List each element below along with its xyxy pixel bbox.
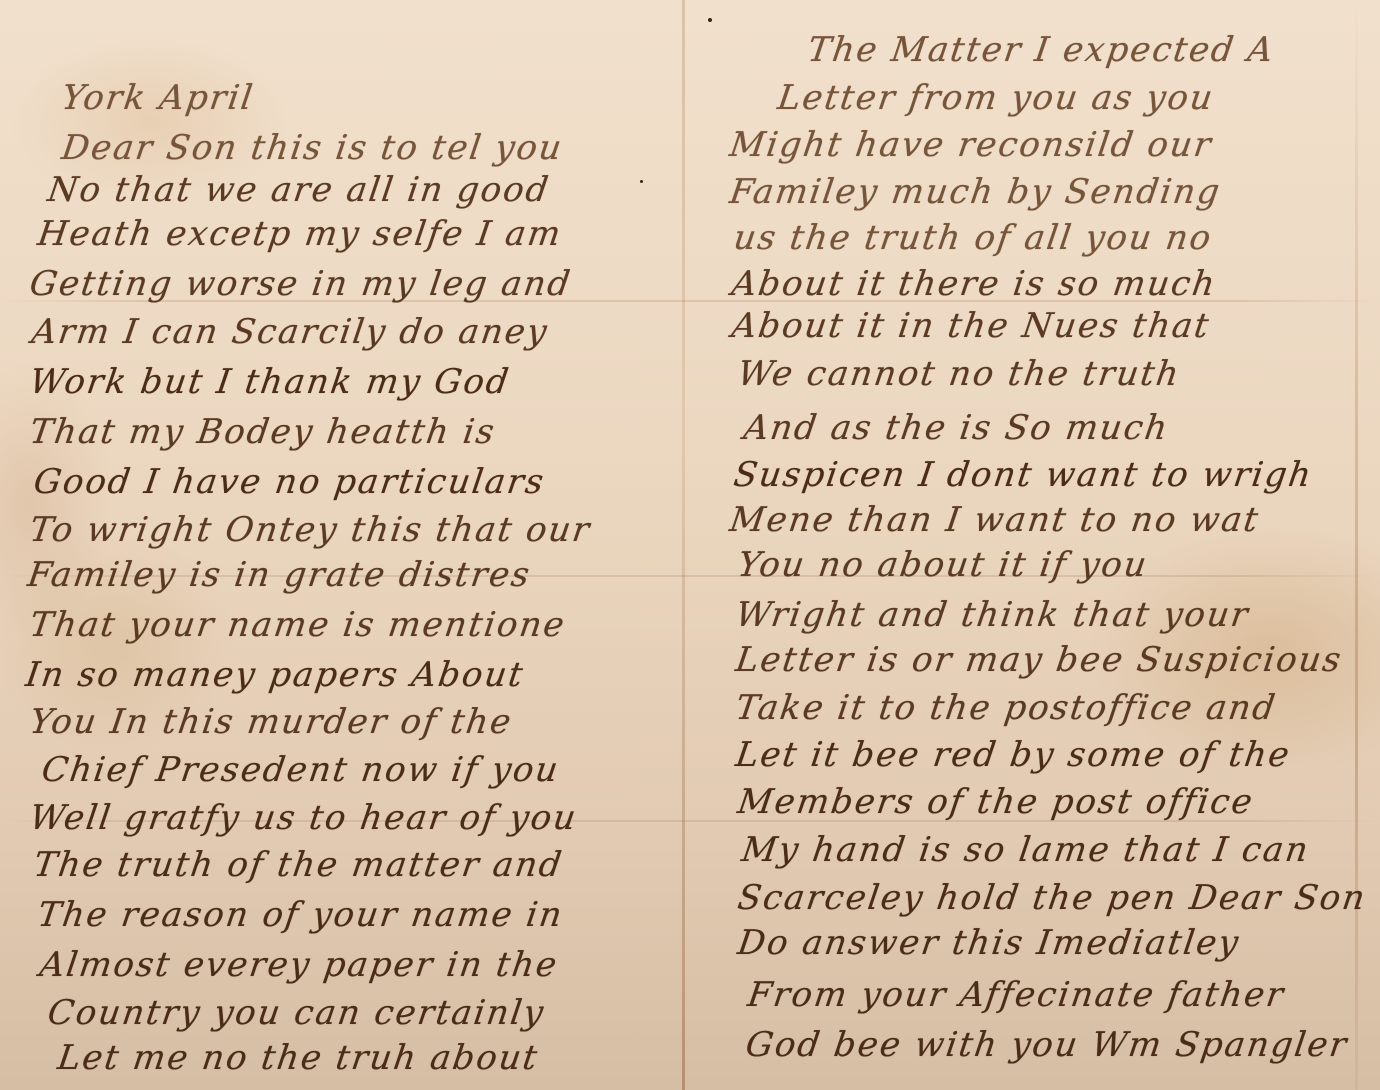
- letter-line: Wright and think that your: [733, 595, 1252, 635]
- letter-line: Members of the post office: [735, 782, 1256, 822]
- letter-line: To wright Ontey this that our: [27, 510, 593, 550]
- letter-line: Chief Presedent now if you: [39, 750, 562, 790]
- letter-line: Letter from you as you: [775, 78, 1217, 118]
- letter-line: That my Bodey heatth is: [27, 412, 498, 452]
- letter-line: Arm I can Scarcily do aney: [29, 312, 551, 352]
- letter-line: From your Affecinate father: [745, 975, 1287, 1015]
- letter-line: Dear Son this is to tel you: [59, 128, 566, 168]
- letter-line: Take it to the postoffice and: [733, 688, 1279, 728]
- letter-line: Do answer this Imediatley: [735, 923, 1242, 963]
- letter-line: And as the is So much: [741, 408, 1171, 448]
- letter-line: Scarceley hold the pen Dear Son: [735, 878, 1369, 918]
- letter-line: Getting worse in my leg and: [27, 264, 574, 304]
- letter-line: You In this murder of the: [27, 702, 515, 742]
- letter-line: Mene than I want to no wat: [727, 500, 1262, 540]
- letter-line: Heath excetp my selfe I am: [35, 214, 565, 254]
- letter-line: Almost everey paper in the: [37, 945, 561, 985]
- letter-line: us the truth of all you no: [731, 218, 1215, 258]
- left-page: York April Dear Son this is to tel you N…: [0, 0, 680, 1090]
- letter-line: The truth of the matter and: [31, 845, 566, 885]
- letter-line: Familey is in grate distres: [25, 555, 533, 595]
- letter-line: You no about it if you: [735, 545, 1151, 585]
- letter-line: Letter is or may bee Suspicious: [733, 640, 1345, 680]
- letter-line: Let it bee red by some of the: [733, 735, 1293, 775]
- letter-line: Good I have no particulars: [31, 462, 548, 502]
- letter-line: The Matter I expected A: [805, 30, 1277, 70]
- letter-line: Work but I thank my God: [27, 362, 513, 402]
- letter-line: In so maney papers About: [23, 655, 527, 695]
- letter-line: Familey much by Sending: [727, 172, 1224, 212]
- letter-line: York April: [59, 78, 257, 118]
- letter-signature: God bee with you Wm Spangler: [743, 1025, 1351, 1065]
- letter-line: About it in the Nues that: [729, 306, 1213, 346]
- letter-line: Suspicen I dont want to wrigh: [731, 455, 1315, 495]
- letter-line: Well gratfy us to hear of you: [27, 798, 580, 838]
- right-page: The Matter I expected A Letter from you …: [690, 0, 1380, 1090]
- letter-line: About it there is so much: [729, 264, 1219, 304]
- letter-line: We cannot no the truth: [735, 354, 1183, 394]
- center-fold: [682, 0, 685, 1090]
- letter-photo: York April Dear Son this is to tel you N…: [0, 0, 1380, 1090]
- letter-line: My hand is so lame that I can: [739, 830, 1312, 870]
- letter-line: Might have reconsild our: [727, 125, 1215, 165]
- letter-line: Let me no the truh about: [55, 1038, 541, 1078]
- letter-line: Country you can certainly: [45, 993, 547, 1033]
- letter-line: The reason of your name in: [35, 895, 566, 935]
- letter-line: No that we are all in good: [45, 170, 552, 210]
- letter-line: That your name is mentione: [27, 605, 568, 645]
